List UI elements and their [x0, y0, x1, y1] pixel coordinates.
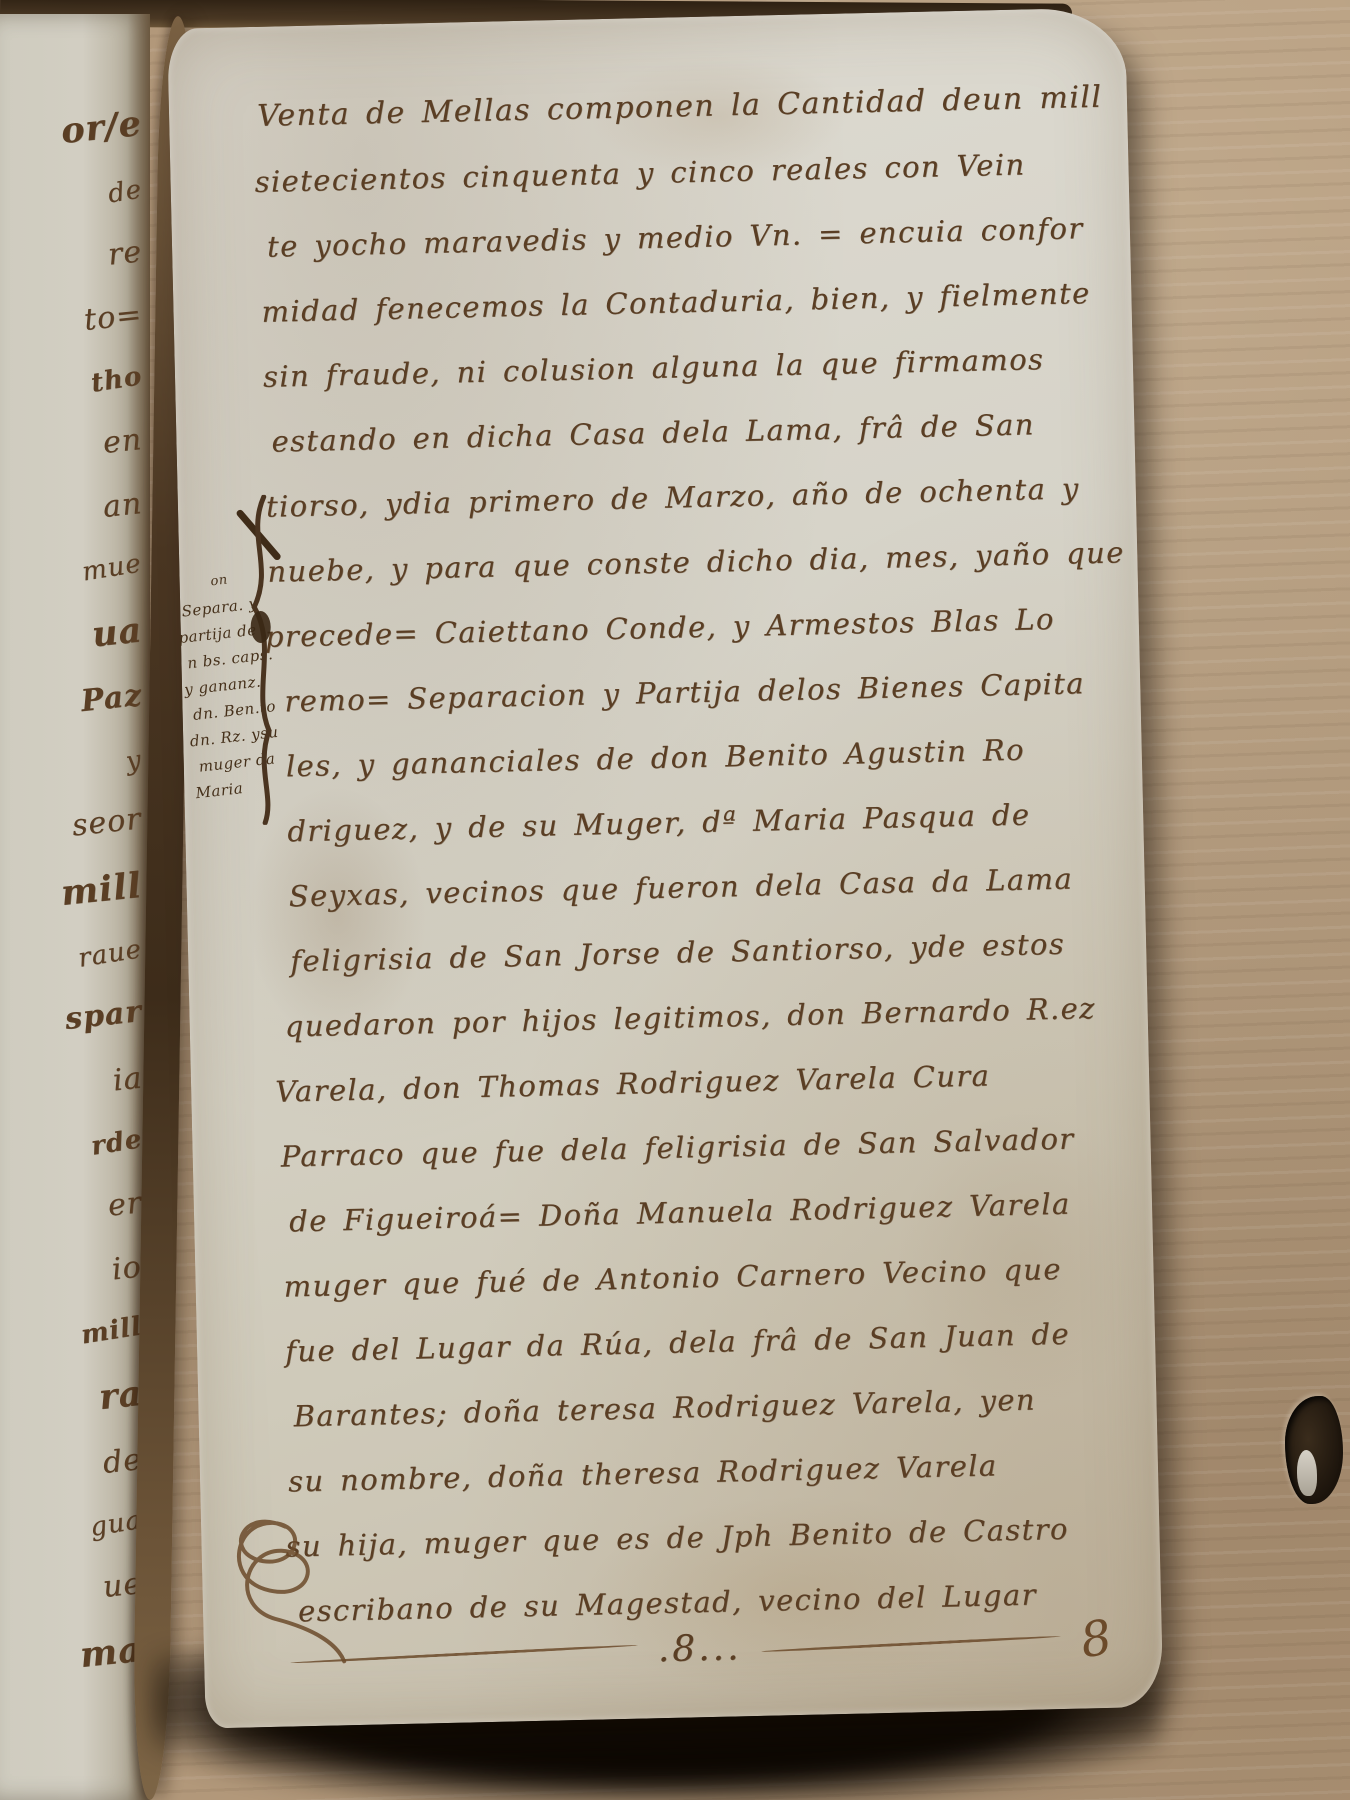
eight-flourish-mark: 8	[1078, 1613, 1116, 1665]
handwriting-fragment: ua	[90, 613, 144, 653]
handwriting-fragment: mill	[79, 1313, 143, 1348]
handwriting-fragment: tho	[89, 363, 144, 397]
handwriting-fragment: or/e	[60, 106, 144, 149]
handwriting-fragment: mue	[81, 551, 144, 586]
manuscript-page: Venta de Mellas componen la Cantidad deu…	[167, 7, 1163, 1728]
previous-folio-line-endings: or/edereto=thoenanmueuaPazyseormillraues…	[0, 110, 142, 1670]
handwriting-fragment: to=	[82, 300, 143, 336]
ink-rule	[761, 1634, 1061, 1652]
handwriting-fragment: de	[106, 177, 144, 208]
handwriting-fragment: spar	[64, 997, 144, 1035]
handwriting-fragment: seor	[71, 805, 143, 842]
bottom-mark: .8...	[657, 1627, 742, 1670]
handwriting-fragment: rde	[89, 1126, 144, 1160]
cardboard-hole-glint	[1297, 1450, 1317, 1496]
handwriting-fragment: raue	[76, 937, 143, 973]
photograph-of-manuscript: { "document": { "main_text_lines": [ "Ve…	[0, 0, 1350, 1800]
handwriting-fragment: mill	[59, 868, 143, 911]
handwriting-fragment: re	[106, 237, 143, 270]
handwritten-text: Venta de Mellas componen la Cantidad deu…	[256, 68, 1141, 1647]
handwriting-fragment: Paz	[79, 681, 143, 717]
handwriting-fragment: ra	[97, 1375, 144, 1414]
margin-brace-flourish-icon	[234, 494, 287, 825]
handwriting-fragment: en	[101, 425, 143, 459]
handwriting-fragment: an	[101, 489, 143, 523]
cardboard-hole	[1285, 1396, 1343, 1504]
previous-folio-edge: or/edereto=thoenanmueuaPazyseormillraues…	[0, 14, 150, 1800]
ink-rule	[290, 1643, 637, 1664]
handwriting-fragment: io	[111, 1252, 144, 1285]
handwriting-fragment: ia	[111, 1064, 143, 1097]
handwriting-fragment: y	[124, 747, 144, 775]
handwriting-fragment: er	[106, 1188, 143, 1221]
